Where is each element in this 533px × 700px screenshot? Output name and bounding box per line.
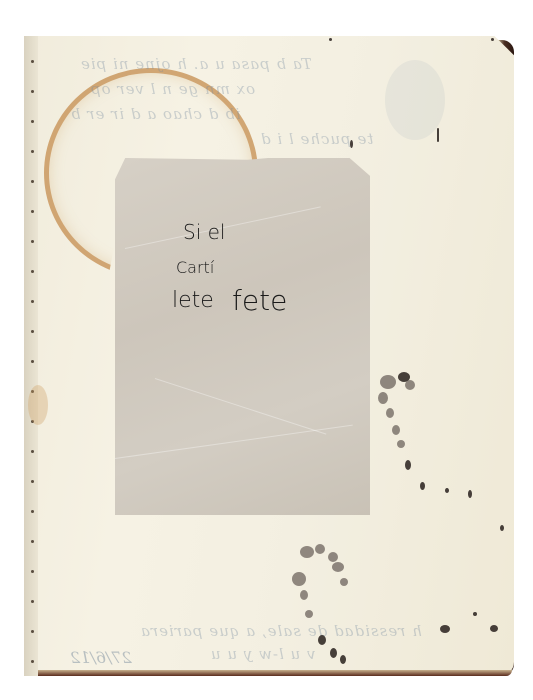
bleed-through-text: te puche l i d: [260, 130, 373, 148]
bleed-through-text: h ressidad de sale, a que pariera: [140, 622, 422, 640]
hole-icon: [31, 660, 34, 663]
hole-icon: [31, 360, 34, 363]
hole-icon: [31, 90, 34, 93]
hole-icon: [31, 630, 34, 633]
handwriting-line-3: lete: [172, 288, 214, 313]
hole-icon: [31, 240, 34, 243]
hole-icon: [31, 270, 34, 273]
hole-icon: [31, 480, 34, 483]
hole-icon: [31, 120, 34, 123]
bleed-through-text: ox mn ge n l ver op: [90, 80, 255, 98]
bleed-through-text: Ta b pasa u a. h ojne ni pie: [80, 55, 312, 73]
water-stain: [385, 60, 445, 140]
hole-icon: [31, 450, 34, 453]
bleed-through-text: ib d chao a d ir er b: [70, 105, 241, 123]
paper-crease: [115, 425, 353, 459]
hole-icon: [31, 210, 34, 213]
hole-icon: [31, 540, 34, 543]
coffee-stain: [28, 385, 48, 425]
handwriting-line-4: fete: [232, 284, 287, 317]
hole-icon: [31, 60, 34, 63]
spiral-margin: [24, 36, 38, 676]
hole-icon: [31, 510, 34, 513]
hole-icon: [31, 300, 34, 303]
handwriting-line-2: Cartí: [176, 258, 214, 277]
bleed-through-date: 27/6/12: [70, 648, 132, 667]
paper-crease: [155, 378, 326, 435]
handwriting-line-1: Si el: [183, 220, 225, 244]
bleed-through-text: v u l-w y u u: [210, 645, 315, 663]
hole-icon: [31, 570, 34, 573]
hole-icon: [31, 330, 34, 333]
pasted-note: [115, 158, 370, 515]
hole-icon: [31, 180, 34, 183]
hole-icon: [31, 600, 34, 603]
hole-icon: [31, 150, 34, 153]
page-bottom-edge: [24, 670, 512, 676]
